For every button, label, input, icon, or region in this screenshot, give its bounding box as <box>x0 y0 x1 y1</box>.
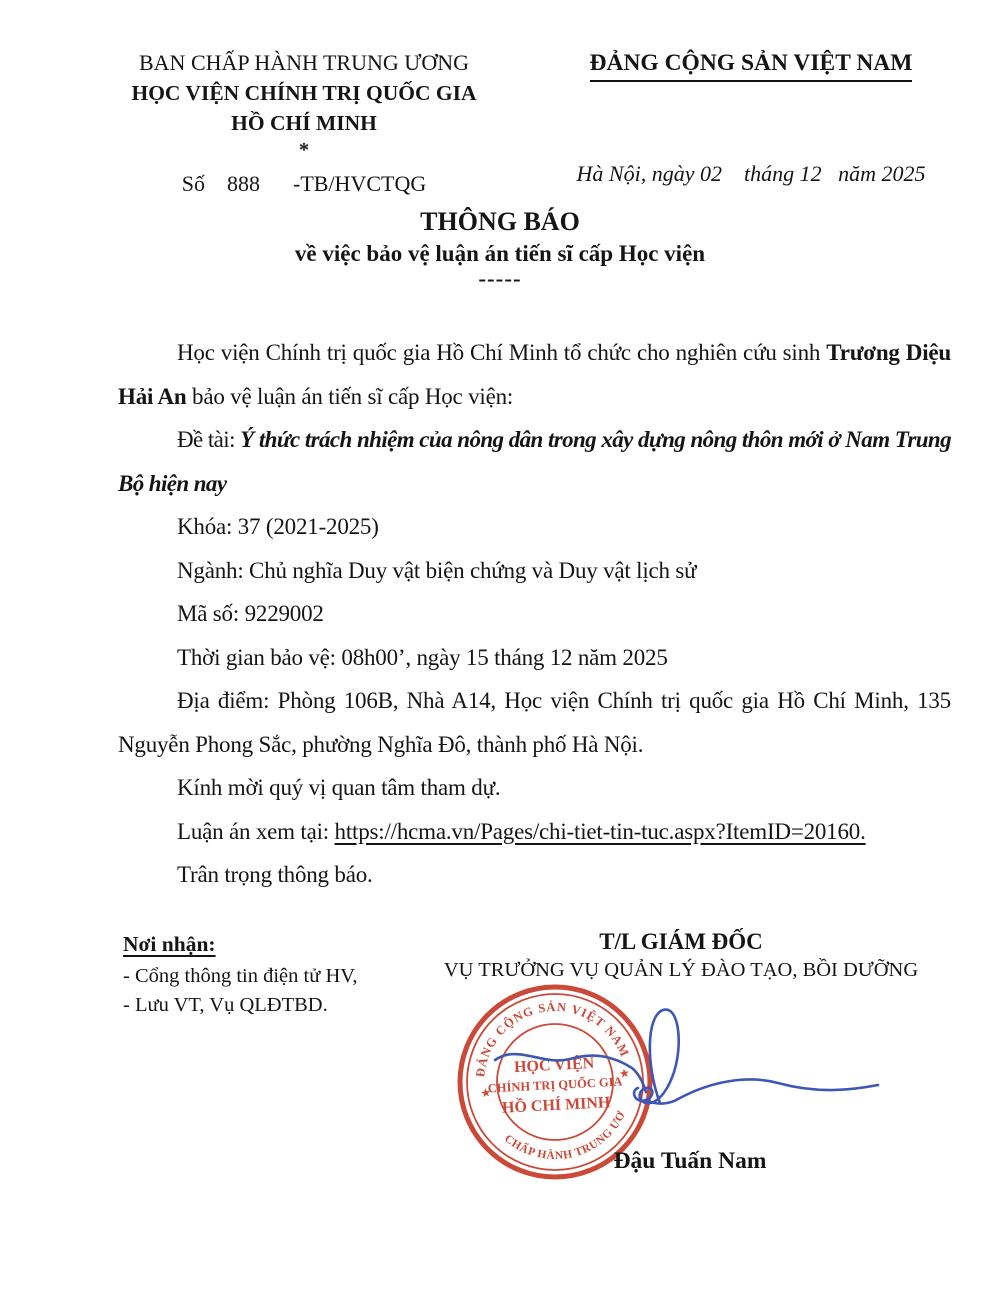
topic-label: Đề tài: <box>177 427 240 452</box>
document-subtitle: về việc bảo vệ luận án tiến sĩ cấp Học v… <box>0 241 1000 267</box>
paragraph-time: Thời gian bảo vệ: 08h00’, ngày 15 tháng … <box>118 636 951 680</box>
document-page: BAN CHẤP HÀNH TRUNG ƯƠNG HỌC VIỆN CHÍNH … <box>0 0 1000 1297</box>
place-date-line: Hà Nội, ngày 02 tháng 12 năm 2025 <box>545 161 957 187</box>
thesis-url-link[interactable]: https://hcma.vn/Pages/chi-tiet-tin-tuc.a… <box>335 819 866 844</box>
document-title: THÔNG BÁO <box>0 207 1000 237</box>
link-label: Luận án xem tại: <box>177 819 335 844</box>
paragraph-invitation: Kính mời quý vị quan tâm tham dự. <box>118 766 951 810</box>
paragraph-major: Ngành: Chủ nghĩa Duy vật biện chứng và D… <box>118 549 951 593</box>
intro-text-pre: Học viện Chính trị quốc gia Hồ Chí Minh … <box>177 340 826 365</box>
paragraph-topic: Đề tài: Ý thức trách nhiệm của nông dân … <box>118 418 951 505</box>
party-name: ĐẢNG CỘNG SẢN VIỆT NAM <box>590 50 913 82</box>
document-number: Số 888 -TB/HVCTQG <box>108 169 500 199</box>
thesis-topic: Ý thức trách nhiệm của nông dân trong xâ… <box>118 427 951 496</box>
paragraph-course: Khóa: 37 (2021-2025) <box>118 505 951 549</box>
paragraph-closing: Trân trọng thông báo. <box>118 853 951 897</box>
recipient-item: - Lưu VT, Vụ QLĐTBD. <box>123 991 358 1020</box>
title-separator: ----- <box>0 266 1000 292</box>
paragraph-location: Địa điểm: Phòng 106B, Nhà A14, Học viện … <box>118 679 951 766</box>
document-body: Học viện Chính trị quốc gia Hồ Chí Minh … <box>118 331 951 897</box>
org-star-separator: * <box>108 140 500 160</box>
header-national-motto: ĐẢNG CỘNG SẢN VIỆT NAM <box>545 50 957 82</box>
signer-title: T/L GIÁM ĐỐC <box>420 929 942 955</box>
intro-text-post: bảo vệ luận án tiến sĩ cấp Học viện: <box>186 384 513 409</box>
recipient-item: - Cổng thông tin điện tử HV, <box>123 962 358 991</box>
signer-department: VỤ TRƯỞNG VỤ QUẢN LÝ ĐÀO TẠO, BỒI DƯỠNG <box>420 959 942 982</box>
signer-name: Đậu Tuấn Nam <box>560 1148 820 1175</box>
header-issuing-org: BAN CHẤP HÀNH TRUNG ƯƠNG HỌC VIỆN CHÍNH … <box>108 48 500 199</box>
paragraph-link: Luận án xem tại: https://hcma.vn/Pages/c… <box>118 810 951 854</box>
paragraph-intro: Học viện Chính trị quốc gia Hồ Chí Minh … <box>118 331 951 418</box>
paragraph-code: Mã số: 9229002 <box>118 592 951 636</box>
handwritten-signature <box>480 1002 900 1114</box>
signer-block: T/L GIÁM ĐỐC VỤ TRƯỞNG VỤ QUẢN LÝ ĐÀO TẠ… <box>420 929 942 982</box>
org-name-line2: HỒ CHÍ MINH <box>108 108 500 138</box>
recipients-title: Nơi nhận: <box>123 930 358 959</box>
org-parent-line: BAN CHẤP HÀNH TRUNG ƯƠNG <box>108 48 500 78</box>
recipients-block: Nơi nhận: - Cổng thông tin điện tử HV, -… <box>123 930 358 1020</box>
org-name-line1: HỌC VIỆN CHÍNH TRỊ QUỐC GIA <box>108 78 500 108</box>
